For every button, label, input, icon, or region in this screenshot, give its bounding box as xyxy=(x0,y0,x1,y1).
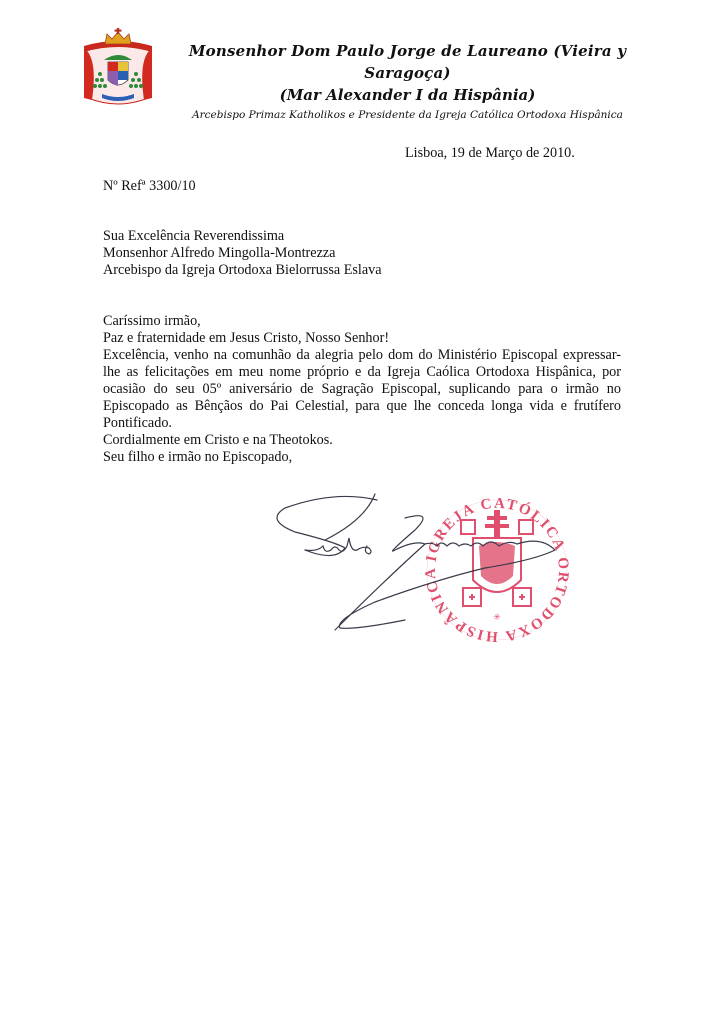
closing: Cordialmente em Cristo e na Theotokos. xyxy=(103,432,621,449)
letterhead-name: Monsenhor Dom Paulo Jorge de Laureano (V… xyxy=(180,40,635,84)
recipient-line: Monsenhor Alfredo Mingolla-Montrezza xyxy=(103,245,382,262)
recipient-address: Sua Excelência Reverendissima Monsenhor … xyxy=(103,228,382,279)
signoff: Seu filho e irmão no Episcopado, xyxy=(103,449,621,466)
coat-of-arms-icon xyxy=(78,28,158,118)
salutation: Caríssimo irmão, xyxy=(103,313,621,330)
recipient-line: Sua Excelência Reverendissima xyxy=(103,228,382,245)
official-stamp-icon: IGREJA CATÓLICA ORTODOXA HISPÂNICA ✳ xyxy=(423,496,572,645)
letterhead-subtitle: Arcebispo Primaz Katholikos e Presidente… xyxy=(180,107,635,123)
letter-body: Caríssimo irmão, Paz e fraternidade em J… xyxy=(103,313,621,466)
recipient-line: Arcebispo da Igreja Ortodoxa Bielorrussa… xyxy=(103,262,382,279)
date-line: Lisboa, 19 de Março de 2010. xyxy=(405,145,575,162)
letter-page: Monsenhor Dom Paulo Jorge de Laureano (V… xyxy=(0,0,724,1024)
signature-and-stamp: IGREJA CATÓLICA ORTODOXA HISPÂNICA ✳ xyxy=(265,480,585,650)
letterhead-title: (Mar Alexander I da Hispânia) xyxy=(180,84,635,106)
svg-text:✳: ✳ xyxy=(493,612,501,622)
letterhead: Monsenhor Dom Paulo Jorge de Laureano (V… xyxy=(180,40,635,123)
greeting: Paz e fraternidade em Jesus Cristo, Noss… xyxy=(103,330,621,347)
main-paragraph: Excelência, venho na comunhão da alegria… xyxy=(103,347,621,432)
reference-number: Nº Refª 3300/10 xyxy=(103,178,196,195)
